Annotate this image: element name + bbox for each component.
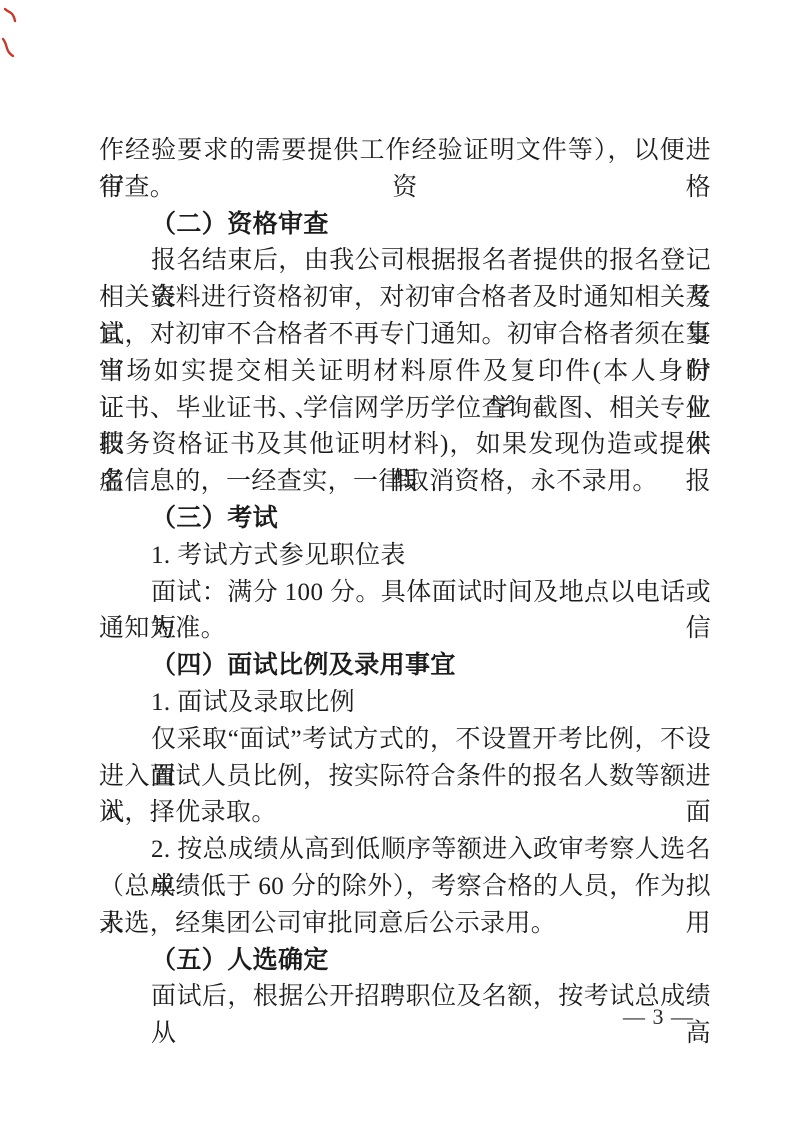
text-line: （五）人选确定 — [99, 943, 711, 980]
page-number: — 3 — — [623, 1002, 694, 1032]
text-line: 作经验要求的需要提供工作经验证明文件等），以便进行资格 — [99, 133, 711, 170]
text-line: （二）资格审查 — [99, 207, 711, 244]
text-line: 1. 面试及录取比例 — [99, 685, 711, 722]
text-line: 职务资格证书及其他证明材料)，如果发现伪造或提供虚假报 — [99, 427, 711, 464]
text-line: 进入面试人员比例，按实际符合条件的报名人数等额进入面 — [99, 759, 711, 796]
text-line: （四）面试比例及录用事宜 — [99, 648, 711, 685]
text-line: 名信息的，一经查实，一律取消资格，永不录用。 — [99, 464, 711, 501]
text-line: 1. 考试方式参见职位表 — [99, 538, 711, 575]
text-line: 宜，对初审不合格者不再专门通知。初审合格者须在复审时 — [99, 317, 711, 354]
text-line: 仅采取“面试”考试方式的，不设置开考比例，不设置 — [99, 722, 711, 759]
text-line: 2. 按总成绩从高到低顺序等额进入政审考察人选名单 — [99, 832, 711, 869]
text-line: 面试后，根据公开招聘职位及名额，按考试总成绩从高 — [99, 979, 711, 1016]
text-line: 报名结束后，由我公司根据报名者提供的报名登记表及 — [99, 243, 711, 280]
red-pen-mark-icon — [0, 2, 28, 62]
text-line: （总成绩低于 60 分的除外），考察合格的人员，作为拟录用 — [99, 869, 711, 906]
text-line: 证书、毕业证书、学信网学历学位查询截图、相关专业技术 — [99, 391, 711, 428]
text-line: 面试：满分 100 分。具体面试时间及地点以电话或短信 — [99, 575, 711, 612]
text-line: 相关资料进行资格初审，对初审合格者及时通知相关考试事 — [99, 280, 711, 317]
document-page: 作经验要求的需要提供工作经验证明文件等），以便进行资格审查。（二）资格审查报名结… — [0, 0, 793, 1122]
text-line: （三）考试 — [99, 501, 711, 538]
text-block: 作经验要求的需要提供工作经验证明文件等），以便进行资格审查。（二）资格审查报名结… — [99, 133, 711, 1016]
text-line: 当场如实提交相关证明材料原件及复印件(本人身份证、学位 — [99, 354, 711, 391]
